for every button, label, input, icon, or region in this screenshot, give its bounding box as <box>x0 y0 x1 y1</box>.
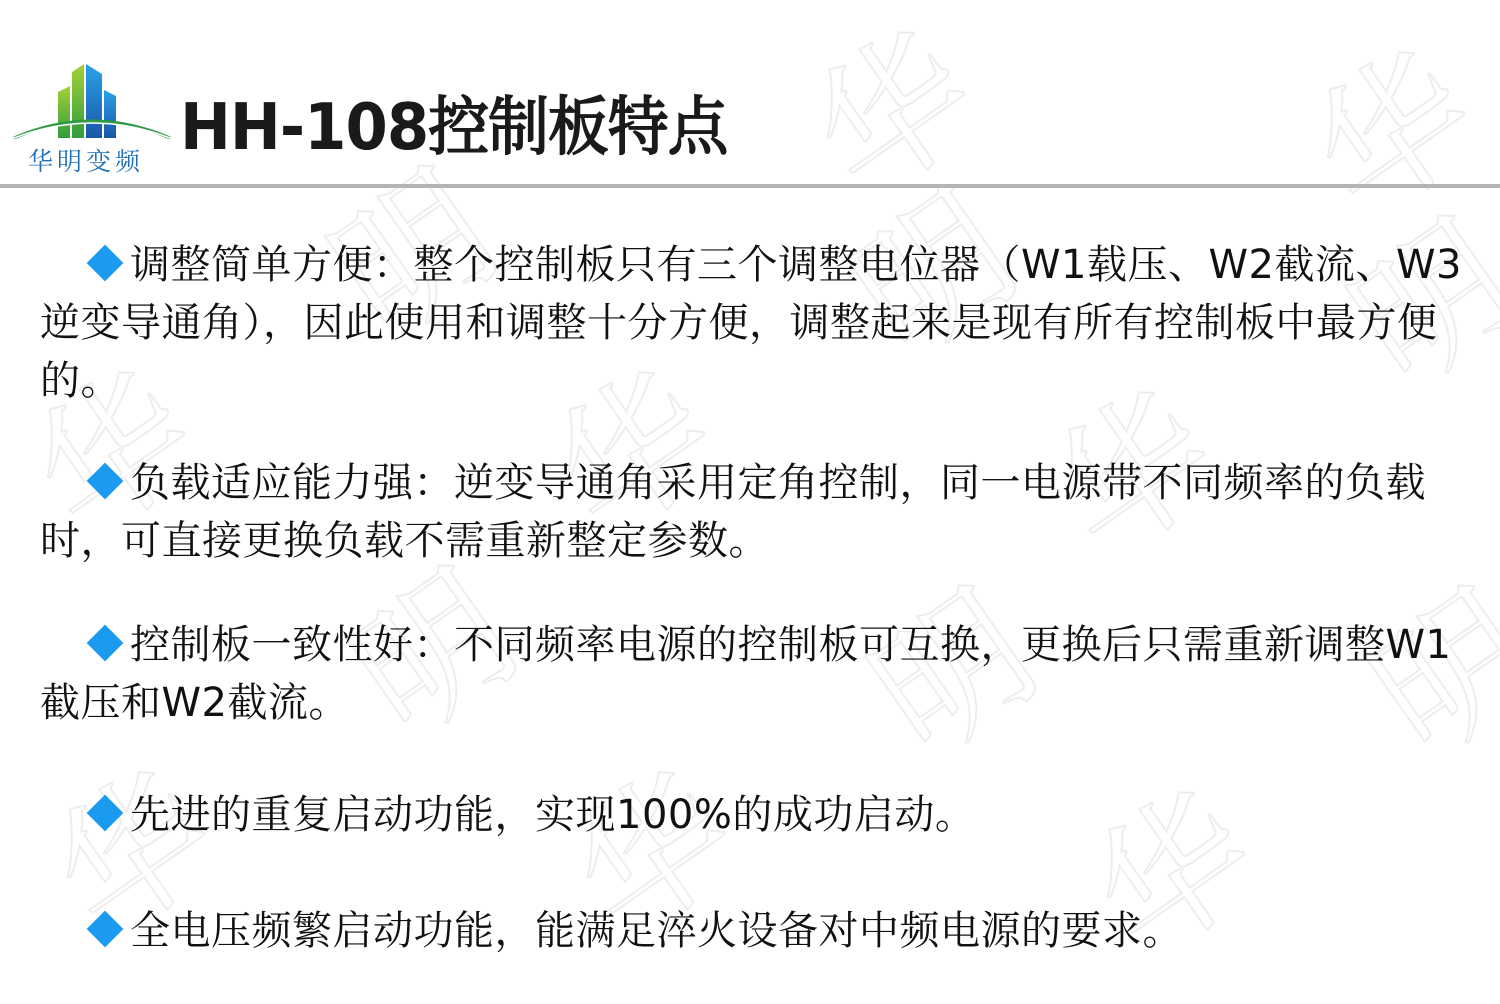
feature-text: 控制板一致性好：不同频率电源的控制板可互换，更换后只需重新调整W1截压和W2截流… <box>40 622 1452 726</box>
slide-header: 华明变频 HH-108控制板特点 <box>0 0 1500 192</box>
company-name: 华明变频 <box>28 142 158 178</box>
feature-text: 全电压频繁启动功能，能满足淬火设备对中频电源的要求。 <box>130 908 1183 954</box>
diamond-bullet-icon <box>87 911 124 948</box>
header-divider <box>0 184 1500 188</box>
feature-text: 先进的重复启动功能，实现100%的成功启动。 <box>130 792 975 838</box>
diamond-bullet-icon <box>87 795 124 832</box>
building-logo-icon <box>12 62 172 142</box>
feature-item: 先进的重复启动功能，实现100%的成功启动。 <box>40 786 1470 844</box>
feature-item: 调整简单方便：整个控制板只有三个调整电位器（W1载压、W2截流、W3逆变导通角）… <box>40 236 1470 410</box>
feature-item: 控制板一致性好：不同频率电源的控制板可互换，更换后只需重新调整W1截压和W2截流… <box>40 616 1470 732</box>
page-title: HH-108控制板特点 <box>180 88 727 168</box>
feature-text: 调整简单方便：整个控制板只有三个调整电位器（W1载压、W2截流、W3逆变导通角）… <box>40 242 1462 404</box>
diamond-bullet-icon <box>87 625 124 662</box>
feature-item: 负载适应能力强：逆变导通角采用定角控制，同一电源带不同频率的负载时，可直接更换负… <box>40 454 1470 570</box>
diamond-bullet-icon <box>87 463 124 500</box>
feature-text: 负载适应能力强：逆变导通角采用定角控制，同一电源带不同频率的负载时，可直接更换负… <box>40 460 1426 564</box>
diamond-bullet-icon <box>87 245 124 282</box>
feature-item: 全电压频繁启动功能，能满足淬火设备对中频电源的要求。 <box>40 902 1470 960</box>
